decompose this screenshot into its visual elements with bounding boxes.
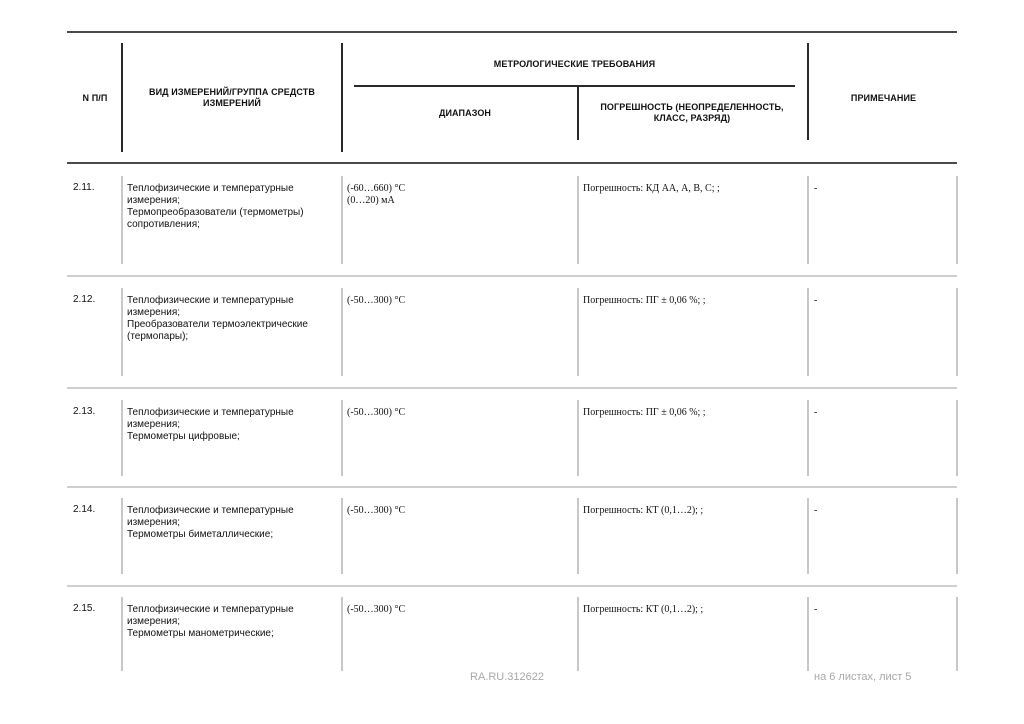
row-divider <box>956 176 958 264</box>
row-divider <box>956 597 958 671</box>
row-measurement-type: Теплофизические и температурные измерени… <box>127 407 337 443</box>
footer-page-info: на 6 листах, лист 5 <box>814 671 911 683</box>
table-top-border <box>67 31 957 33</box>
header-note: ПРИМЕЧАНИЕ <box>810 93 957 104</box>
header-divider <box>807 43 809 140</box>
row-error: Погрешность: КТ (0,1…2); ; <box>583 505 803 517</box>
row-range: (-60…660) °С (0…20) мА <box>347 183 572 207</box>
table-header-bottom-border <box>67 162 957 164</box>
row-note: - <box>814 505 954 517</box>
row-error: Погрешность: ПГ ± 0,06 %; ; <box>583 295 803 307</box>
row-range: (-50…300) °С <box>347 604 572 616</box>
header-divider <box>341 43 343 152</box>
row-divider <box>956 400 958 476</box>
row-divider <box>577 288 579 376</box>
header-metrological-requirements: МЕТРОЛОГИЧЕСКИЕ ТРЕБОВАНИЯ <box>354 59 795 70</box>
row-number: 2.11. <box>73 182 118 194</box>
header-subgroup-rule <box>354 85 795 87</box>
row-divider <box>121 498 123 574</box>
header-divider <box>121 43 123 152</box>
row-divider <box>807 288 809 376</box>
header-error: ПОГРЕШНОСТЬ (НЕОПРЕДЕЛЕННОСТЬ, КЛАСС, РА… <box>588 102 796 124</box>
row-separator <box>67 585 957 587</box>
row-error: Погрешность: КТ (0,1…2); ; <box>583 604 803 616</box>
row-divider <box>807 400 809 476</box>
row-error: Погрешность: ПГ ± 0,06 %; ; <box>583 407 803 419</box>
row-divider <box>121 288 123 376</box>
footer-accreditation-number: RA.RU.312622 <box>470 671 544 683</box>
header-number: N П/П <box>70 93 120 104</box>
header-divider <box>577 86 579 140</box>
row-separator <box>67 486 957 488</box>
row-divider <box>577 597 579 671</box>
header-range: ДИАПАЗОН <box>354 108 576 119</box>
row-note: - <box>814 295 954 307</box>
row-divider <box>341 597 343 671</box>
row-range: (-50…300) °С <box>347 505 572 517</box>
row-error: Погрешность: КД АА, А, В, С; ; <box>583 183 803 195</box>
row-number: 2.14. <box>73 504 118 516</box>
row-note: - <box>814 407 954 419</box>
row-measurement-type: Теплофизические и температурные измерени… <box>127 183 337 231</box>
row-note: - <box>814 604 954 616</box>
row-measurement-type: Теплофизические и температурные измерени… <box>127 505 337 541</box>
row-separator <box>67 387 957 389</box>
row-separator <box>67 275 957 277</box>
row-divider <box>121 400 123 476</box>
row-range: (-50…300) °С <box>347 295 572 307</box>
row-divider <box>341 498 343 574</box>
row-divider <box>341 400 343 476</box>
row-divider <box>121 176 123 264</box>
row-divider <box>341 176 343 264</box>
row-measurement-type: Теплофизические и температурные измерени… <box>127 295 337 343</box>
row-divider <box>807 498 809 574</box>
row-range: (-50…300) °С <box>347 407 572 419</box>
row-divider <box>807 176 809 264</box>
row-divider <box>807 597 809 671</box>
row-divider <box>577 498 579 574</box>
header-measurement-type: ВИД ИЗМЕРЕНИЙ/ГРУППА СРЕДСТВ ИЗМЕРЕНИЙ <box>136 87 328 109</box>
row-note: - <box>814 183 954 195</box>
row-divider <box>121 597 123 671</box>
row-measurement-type: Теплофизические и температурные измерени… <box>127 604 337 640</box>
row-number: 2.13. <box>73 406 118 418</box>
row-divider <box>956 498 958 574</box>
row-number: 2.12. <box>73 294 118 306</box>
row-number: 2.15. <box>73 603 118 615</box>
row-divider <box>956 288 958 376</box>
row-divider <box>341 288 343 376</box>
row-divider <box>577 176 579 264</box>
row-divider <box>577 400 579 476</box>
